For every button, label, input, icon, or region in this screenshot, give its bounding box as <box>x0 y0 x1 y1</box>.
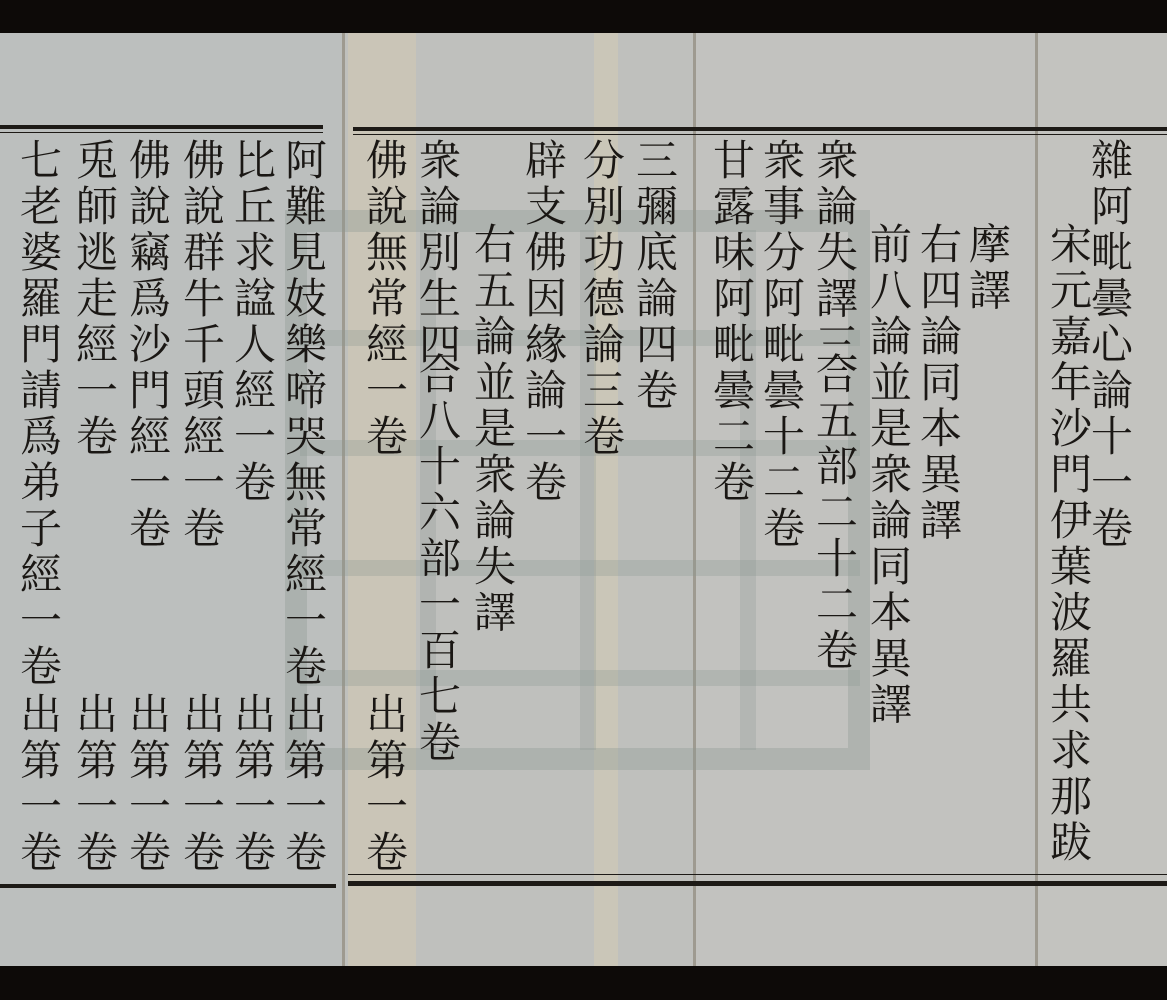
text-column: 辟支佛因緣論一卷 <box>522 138 564 506</box>
source-note: 出第一卷 <box>231 692 273 876</box>
top-border-rule <box>0 125 323 129</box>
source-note: 出第一卷 <box>363 692 405 876</box>
page-seam <box>1035 33 1038 966</box>
source-note: 出第一卷 <box>282 692 324 876</box>
text-column: 分別功德論三卷 <box>580 138 622 460</box>
text-column: 前八論並是衆論同本異譯 <box>867 222 909 728</box>
title-column: 雜阿毗曇心論十一卷 <box>1088 138 1130 552</box>
bottom-border-rule-thin <box>348 874 1167 875</box>
text-column: 右五論並是衆論失譯 <box>471 222 513 636</box>
text-column: 比丘求諡人經一卷 <box>231 138 273 506</box>
text-column: 佛說竊爲沙門經一卷 <box>126 138 168 552</box>
text-column: 右四論同本異譯 <box>917 222 959 544</box>
text-column: 三彌底論四卷 <box>633 138 675 414</box>
top-border-rule <box>353 127 1167 131</box>
sum-column: 合五部二十二卷 <box>813 352 855 674</box>
sum-column: 合八十六部一百七卷 <box>416 352 458 766</box>
source-note: 出第一卷 <box>180 692 222 876</box>
text-column: 衆論失譯三 <box>813 138 855 368</box>
text-column: 衆事分阿毗曇十二卷 <box>760 138 802 552</box>
text-column: 衆論別生四 <box>416 138 458 368</box>
text-column: 兎師逃走經一卷 <box>73 138 115 460</box>
text-column: 摩譯 <box>966 222 1008 314</box>
text-column: 佛說群牛千頭經一卷 <box>180 138 222 552</box>
top-border-rule-thin <box>0 132 323 133</box>
source-note: 出第一卷 <box>17 692 59 876</box>
top-border-rule-thin <box>353 134 1167 135</box>
bottom-border-rule <box>348 881 1167 886</box>
source-note: 出第一卷 <box>126 692 168 876</box>
bottom-border-rule <box>0 884 336 888</box>
text-column: 佛說無常經一卷 <box>363 138 405 460</box>
translator-column: 宋元嘉年沙門伊葉波羅共求那跋 <box>1047 222 1089 866</box>
text-column: 甘露味阿毗曇二卷 <box>710 138 752 506</box>
text-column: 七老婆羅門請爲弟子經一卷 <box>17 138 59 690</box>
source-note: 出第一卷 <box>73 692 115 876</box>
text-column: 阿難見妓樂啼哭無常經一卷 <box>282 138 324 690</box>
